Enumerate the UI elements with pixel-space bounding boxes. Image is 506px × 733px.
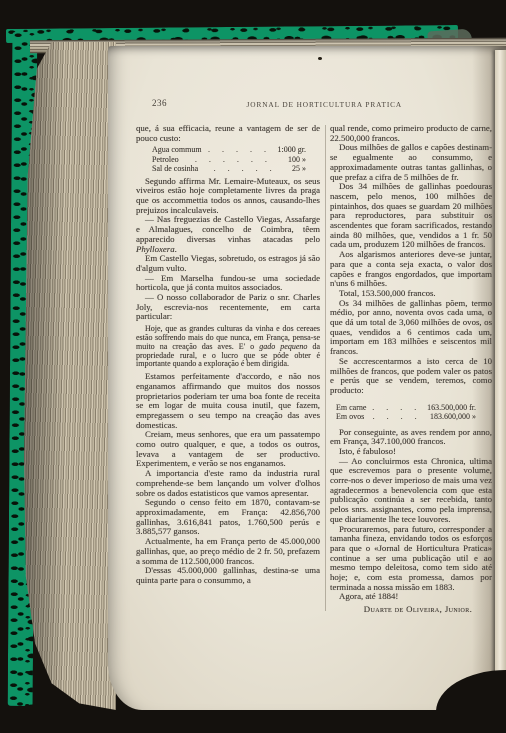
paragraph-chronica: — Ao concluirmos esta Chronica, ultima q… xyxy=(330,457,492,525)
row-label: Sal de cosinha xyxy=(152,164,198,173)
italic-term: gado pequeno xyxy=(259,342,307,351)
photographed-book: 236 JORNAL DE HORTICULTURA PRATICA que, … xyxy=(0,0,506,733)
paragraph-creiam: Creiam, meus senhores, que era um passat… xyxy=(136,430,320,469)
printed-content: 236 JORNAL DE HORTICULTURA PRATICA que, … xyxy=(136,98,494,615)
paragraph-marselha: — Em Marselha fundou-se uma sociedade ho… xyxy=(136,274,320,293)
right-column: qual rende, como primeiro producto de ca… xyxy=(330,124,492,615)
paragraph-conseguinte: Por conseguinte, as aves rendem por anno… xyxy=(330,428,492,447)
page-number: 236 xyxy=(152,98,167,108)
row-label: Em carne xyxy=(336,403,366,412)
row-label: Em ovos xyxy=(336,412,364,421)
cost-table: Agua commum . . . . . 1:000 gr. Petroleo… xyxy=(136,145,320,173)
paragraph-castello: Em Castello Viegas, sobretudo, os estrag… xyxy=(136,254,320,273)
paragraph-text: — Nas freguezias de Castello Viegas, Ass… xyxy=(136,214,320,243)
left-column: que, á sua efficacia, reune a vantagem d… xyxy=(136,124,320,615)
ink-speck xyxy=(318,57,322,60)
row-value: 25 » xyxy=(292,164,306,173)
paragraph-accrescentarmos: Se accrescentarmos a isto cerca de 10 mi… xyxy=(330,357,492,396)
paragraph-accordo: Estamos perfeitamente d'accordo, e não n… xyxy=(136,372,320,430)
row-value: 183.600,000 » xyxy=(430,412,476,421)
table-row: Petroleo . . . . . . 100 » xyxy=(152,155,306,164)
quote-block: Hoje, que as grandes culturas da vinha e… xyxy=(136,325,320,369)
table-row: Agua commum . . . . . 1:000 gr. xyxy=(152,145,306,154)
dot-leader: . . . . xyxy=(369,403,424,412)
text-columns: que, á sua efficacia, reune a vantagem d… xyxy=(136,124,494,615)
dot-leader: . . . . . . xyxy=(182,155,285,164)
paragraph-censo: Segundo o censo feito em 1870, contavam-… xyxy=(136,498,320,537)
paragraph-importancia: A importancia d'este ramo da industria r… xyxy=(136,469,320,498)
produce-table: Em carne . . . . 163.500,000 fr. Em ovos… xyxy=(330,403,492,422)
journal-title: JORNAL DE HORTICULTURA PRATICA xyxy=(247,100,403,109)
row-value: 100 » xyxy=(288,155,306,164)
dot-leader: . . . . xyxy=(367,412,427,421)
paragraph-joly: — O nosso collaborador de Pariz o snr. C… xyxy=(136,293,320,322)
row-label: Petroleo xyxy=(152,155,179,164)
paragraph-agora: Agora, até 1884! xyxy=(330,592,492,602)
table-row: Sal de cosinha . . . . . 25 » xyxy=(152,164,306,173)
book-page: 236 JORNAL DE HORTICULTURA PRATICA que, … xyxy=(108,46,506,710)
row-label: Agua commum xyxy=(152,145,202,154)
paragraph-continuation: que, á sua efficacia, reune a vantagem d… xyxy=(136,124,320,143)
paragraph-freguezias: — Nas freguezias de Castello Viegas, Ass… xyxy=(136,215,320,254)
row-value: 163.500,000 fr. xyxy=(427,403,476,412)
paragraph-text: . xyxy=(175,244,177,254)
dot-leader: . . . . . xyxy=(205,145,275,154)
table-row: Em ovos . . . . 183.600,000 » xyxy=(336,412,476,421)
paragraph-lemaire: Segundo affirma Mr. Lemaire-Muteaux, os … xyxy=(136,177,320,216)
paragraph-algarismos: Aos algarismos anteriores deve-se juntar… xyxy=(330,250,492,289)
table-row: Em carne . . . . 163.500,000 fr. xyxy=(336,403,476,412)
paragraph-procuraremos: Procuraremos, para futuro, corresponder … xyxy=(330,525,492,593)
adjacent-page-edge xyxy=(495,50,506,702)
paragraph-dous-milhoes: Dous milhões de gallos e capões destinam… xyxy=(330,143,492,182)
row-value: 1:000 gr. xyxy=(278,145,306,154)
paragraph-actualmente: Actualmente, ha em França perto de 45.00… xyxy=(136,537,320,566)
italic-term: Phylloxera xyxy=(136,244,175,254)
column-divider xyxy=(325,125,326,611)
paragraph-qual-rende: qual rende, como primeiro producto de ca… xyxy=(330,124,492,143)
paragraph-poedouras: Dos 34 milhões de gallinhas poedouras na… xyxy=(330,182,492,250)
dot-leader: . . . . . xyxy=(201,164,289,173)
paragraph-ovos: Os 34 milhões de gallinhas põem, termo m… xyxy=(330,299,492,357)
signature: Duarte de Oliveira, Junior. xyxy=(330,605,492,615)
page-header: 236 JORNAL DE HORTICULTURA PRATICA xyxy=(136,98,494,111)
page-curl-shadow xyxy=(436,670,506,710)
page-edge-stack-left xyxy=(24,42,116,710)
paragraph-dessas: D'essas 45.000,000 gallinhas, destina-se… xyxy=(136,566,320,585)
